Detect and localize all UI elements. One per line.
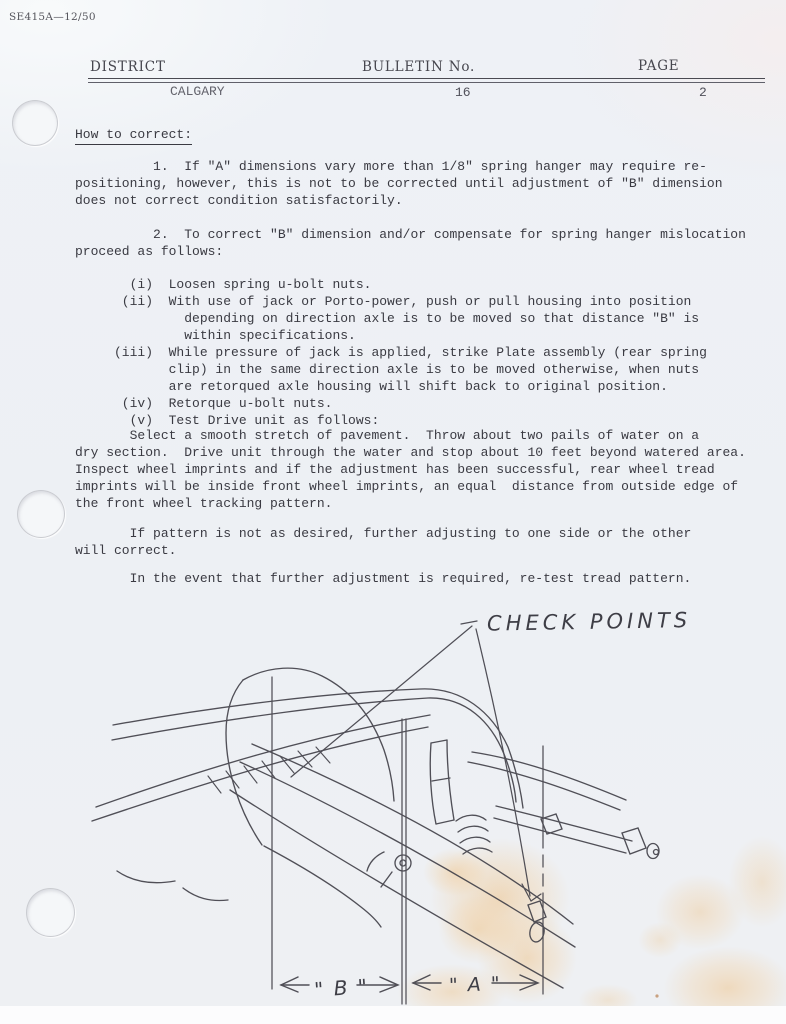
punch-hole-middle [17,490,65,538]
scan-edge-strip [0,1006,786,1024]
punch-hole-bottom [26,888,75,937]
check-points-annotation: CHECK POINTS [487,608,691,636]
punch-hole-top [12,100,58,146]
link-rod [472,752,626,800]
frame-rail-line [112,698,516,802]
axle-check-points-diagram: CHECK POINTS " B " " A " [0,0,786,1024]
ground-stroke [183,888,228,901]
leaf-spring-line [96,715,430,807]
tire-arc [243,668,394,801]
scanned-bulletin-page: SE415A—12/50 DISTRICT BULLETIN No. PAGE … [0,0,786,1024]
spring-eye [367,852,411,887]
tire-arc [264,846,381,927]
ground-stroke [117,871,175,883]
leaf-spring-line [92,727,428,821]
dimension-b-label: " B " [313,974,369,1002]
dimension-a-label: " A " [449,973,502,997]
shock-absorber [430,740,454,824]
